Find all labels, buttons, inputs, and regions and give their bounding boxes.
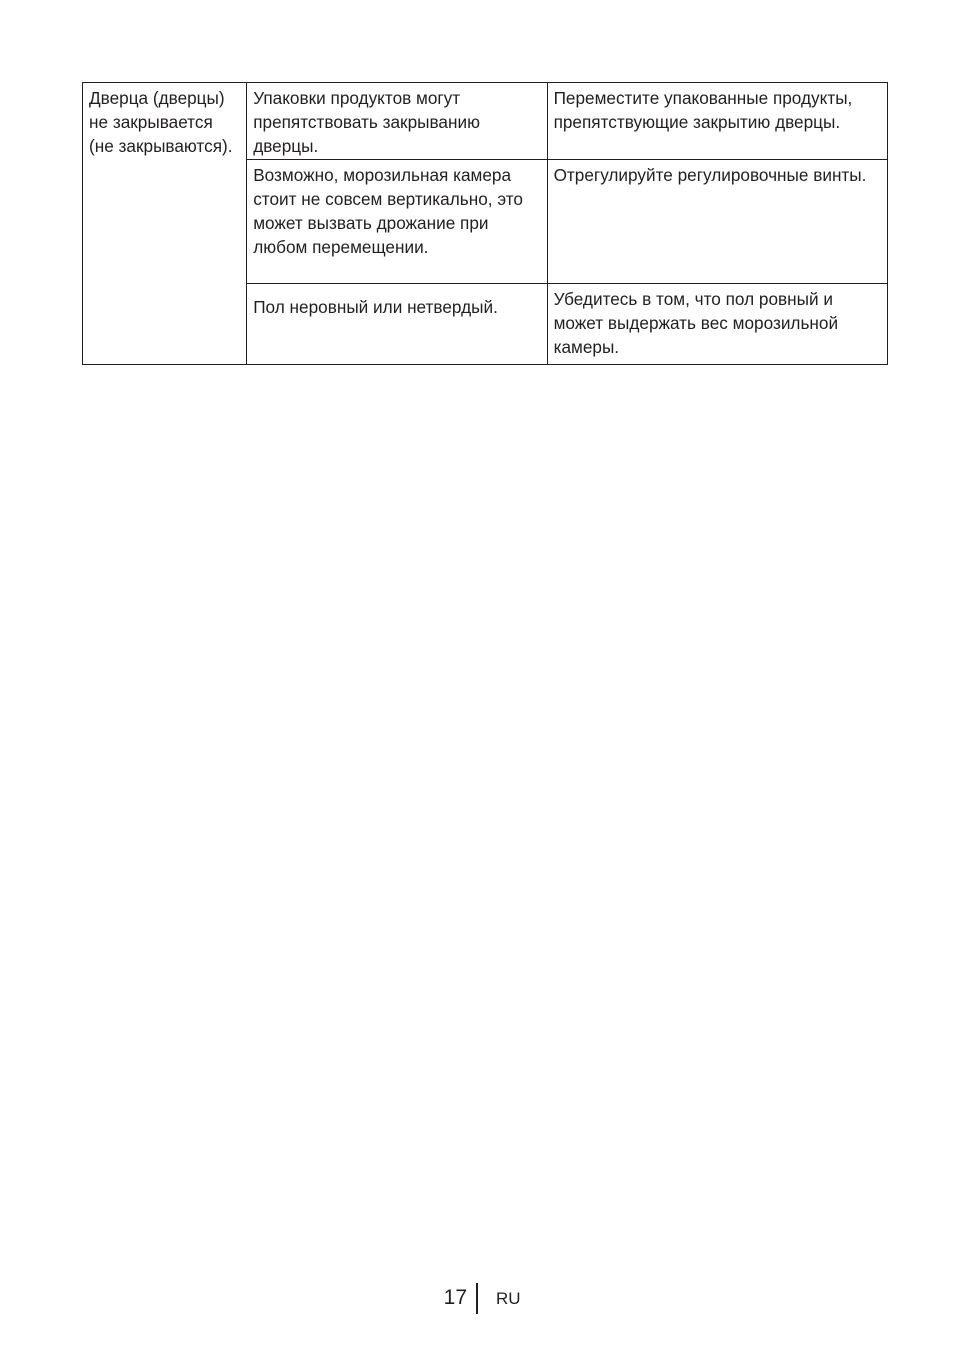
cause-cell: Возможно, морозильная камера стоит не со…: [247, 160, 547, 284]
page-footer: 17 RU: [0, 1283, 954, 1315]
language-code: RU: [496, 1289, 521, 1309]
footer-divider: [476, 1283, 478, 1314]
table-row: Дверца (дверцы) не закрывается (не закры…: [83, 83, 888, 160]
troubleshooting-table: Дверца (дверцы) не закрывается (не закры…: [82, 82, 888, 365]
solution-cell: Убедитесь в том, что пол ровный и может …: [547, 284, 887, 365]
problem-cell: Дверца (дверцы) не закрывается (не закры…: [83, 83, 247, 365]
document-page: Дверца (дверцы) не закрывается (не закры…: [0, 0, 954, 1354]
solution-cell: Переместите упакованные продукты, препят…: [547, 83, 887, 160]
cause-cell: Пол неровный или нетвердый.: [247, 284, 547, 365]
page-number: 17: [444, 1286, 467, 1310]
cause-cell: Упаковки продуктов могут препятствовать …: [247, 83, 547, 160]
solution-cell: Отрегулируйте регулировочные винты.: [547, 160, 887, 284]
